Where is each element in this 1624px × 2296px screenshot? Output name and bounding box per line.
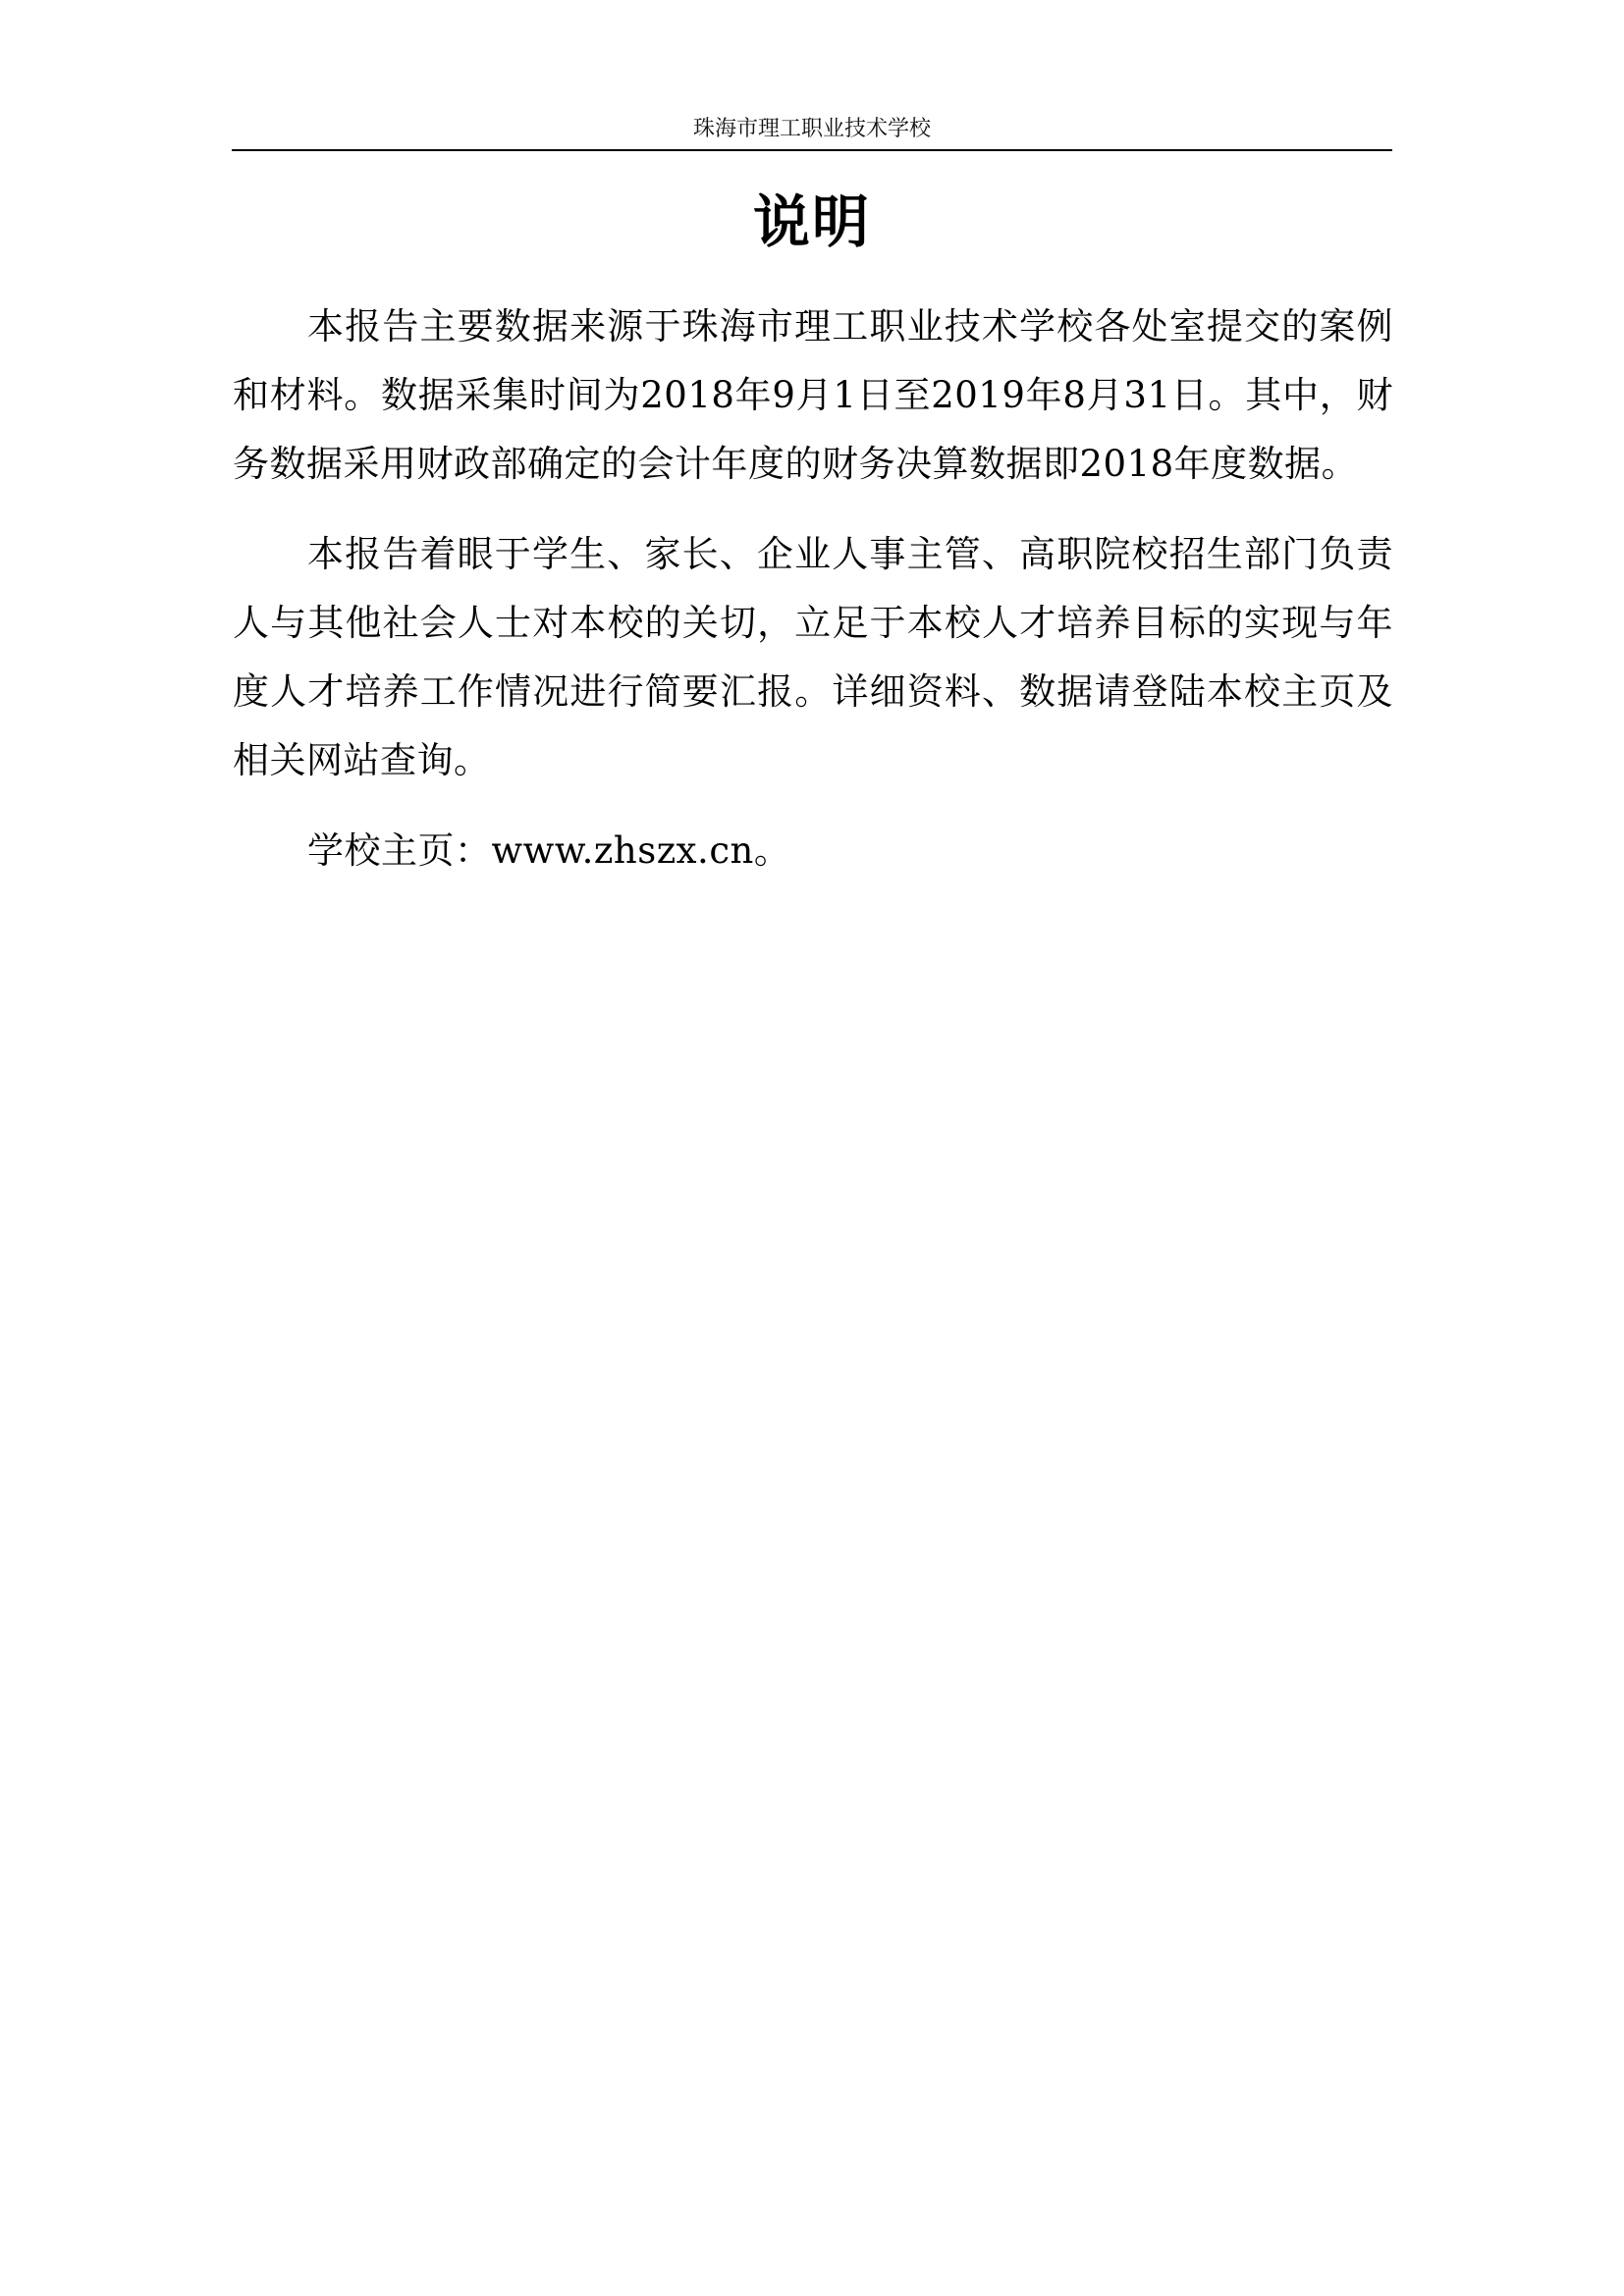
- page-title: 说明: [0, 187, 1624, 257]
- page-header-school-name: 珠海市理工职业技术学校: [0, 116, 1624, 143]
- document-body: 本报告主要数据来源于珠海市理工职业技术学校各处室提交的案例和材料。数据采集时间为…: [233, 293, 1393, 885]
- header-divider: [232, 149, 1392, 151]
- paragraph-report-purpose: 本报告着眼于学生、家长、企业人事主管、高职院校招生部门负责人与其他社会人士对本校…: [233, 520, 1393, 795]
- paragraph-homepage: 学校主页：www.zhszx.cn。: [233, 817, 1393, 885]
- paragraph-data-source: 本报告主要数据来源于珠海市理工职业技术学校各处室提交的案例和材料。数据采集时间为…: [233, 293, 1393, 499]
